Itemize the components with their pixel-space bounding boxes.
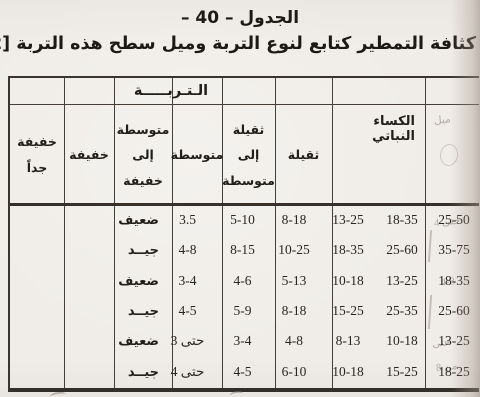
- value-cell: 25-35: [377, 303, 427, 319]
- margin-note-slope: ميل: [433, 113, 451, 127]
- soil-column-header-medium: متوسطة: [172, 106, 222, 204]
- value-cell: 5-13: [269, 273, 319, 289]
- vegetation-cell: جيــد: [66, 243, 159, 258]
- value-cell: 3-4: [159, 273, 216, 289]
- soil-column-header-heavy: ثقيلة: [275, 106, 332, 204]
- page-title: الجدول – 40 –: [0, 8, 480, 28]
- soil-column-header-heavy-to-medium: ثقيلة إلى متوسطة: [222, 106, 275, 204]
- value-cell: 8-15: [216, 242, 269, 258]
- value-cell: 4-5: [159, 303, 216, 319]
- value-cell: 3.5: [159, 212, 216, 228]
- value-cell: 10-18: [377, 333, 427, 349]
- vegetation-cell: ضعيف: [66, 213, 159, 228]
- value-cell: 13-25: [319, 212, 377, 228]
- value-cell: 10-18: [319, 273, 377, 289]
- soil-table: الـتـربـــــة ثقيلة ثقيلة إلى متوسطة متو…: [8, 76, 479, 392]
- soil-column-header-medium-to-light: متوسطة إلى خفيفة: [114, 106, 172, 204]
- value-cell: 15-25: [377, 364, 427, 380]
- soil-column-header-light: خفيفة: [64, 106, 114, 204]
- table-row: جيــد حتى 4 4-5 6-10 10-18 15-25 18-25: [10, 357, 480, 387]
- table-row: ضعيف حتى 3 3-4 4-8 8-13 10-18 13-25: [10, 326, 480, 356]
- value-cell: 4-5: [216, 364, 269, 380]
- value-cell: 18-35: [377, 212, 427, 228]
- margin-mark-oval: [439, 143, 460, 167]
- table-row: ضعيف 3-4 4-6 5-13 10-18 13-25 18-35: [10, 266, 480, 296]
- value-cell: 4-6: [216, 273, 269, 289]
- soil-group-header: الـتـربـــــة: [10, 78, 332, 104]
- value-cell: 18-35: [319, 242, 377, 258]
- value-cell: 10-18: [319, 364, 377, 380]
- value-cell: 3-4: [216, 333, 269, 349]
- value-cell: 13-25: [377, 273, 427, 289]
- value-cell: 8-18: [269, 212, 319, 228]
- value-cell: حتى 3: [159, 333, 216, 349]
- value-cell: حتى 4: [159, 364, 216, 380]
- value-cell: 15-25: [319, 303, 377, 319]
- value-cell: 13-25: [427, 333, 480, 349]
- value-cell: 25-60: [377, 242, 427, 258]
- table-row: ضعيف 3.5 5-10 8-18 13-25 18-35 25-50: [10, 205, 480, 235]
- vegetation-cell: ضعيف: [66, 274, 159, 289]
- page-subtitle: كثافة التمطير كتابع لنوع التربة وميل سطح…: [4, 34, 476, 54]
- table-row: جيــد 4-5 5-9 8-18 15-25 25-35 25-60: [10, 296, 480, 326]
- value-cell: 10-25: [269, 242, 319, 258]
- value-cell: 25-50: [427, 212, 480, 228]
- vegetation-cell: ضعيف: [66, 334, 159, 349]
- value-cell: 18-25: [427, 364, 480, 380]
- value-cell: 5-10: [216, 212, 269, 228]
- value-cell: 4-8: [159, 242, 216, 258]
- value-cell: 6-10: [269, 364, 319, 380]
- value-cell: 8-13: [319, 333, 377, 349]
- value-cell: 8-18: [269, 303, 319, 319]
- value-cell: 25-60: [427, 303, 480, 319]
- vegetation-cover-header: الكساء النباتي: [333, 106, 425, 204]
- value-cell: 5-9: [216, 303, 269, 319]
- vegetation-cell: جيــد: [66, 365, 159, 380]
- value-cell: 18-35: [427, 273, 480, 289]
- value-cell: 4-8: [269, 333, 319, 349]
- table-row: جيــد 4-8 8-15 10-25 18-35 25-60 35-75: [10, 235, 480, 265]
- vegetation-cell: جيــد: [66, 304, 159, 319]
- smudge-mark: [230, 390, 244, 397]
- soil-column-header-very-light: خفيفة جداً: [10, 106, 64, 204]
- value-cell: 35-75: [427, 242, 480, 258]
